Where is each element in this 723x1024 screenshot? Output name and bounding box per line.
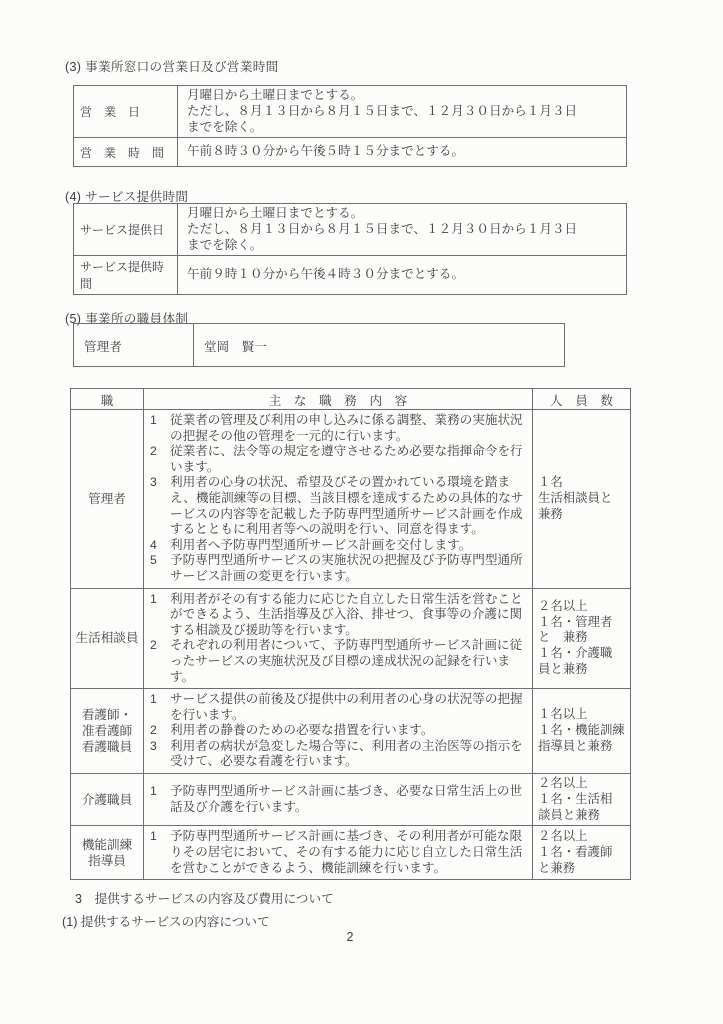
- duty-number: 2: [150, 444, 170, 460]
- staff-position-cell: 管理者: [71, 410, 144, 589]
- duty-text: 予防専門型通所サービス計画に基づき、必要な日常生活上の世話及び介護を行います。: [170, 784, 528, 815]
- staff-duties-table: 職 主 な 職 務 内 容 人 員 数 管理者 1従業者の管理及び利用の申し込み…: [70, 388, 631, 880]
- row-label: 営 業 時 間: [74, 138, 178, 167]
- duty-text: 利用者の静養のための必要な措置を行います。: [170, 723, 528, 739]
- section3-heading: (3) 事業所窓口の営業日及び営業時間: [65, 56, 279, 75]
- staff-duties-cell: 1従業者の管理及び利用の申し込みに係る調整、業務の実施状況の把握その他の管理を一…: [144, 410, 533, 589]
- duty-text: それぞれの利用者について、予防専門型通所サービス計画に従ったサービスの実施状況及…: [170, 638, 528, 685]
- footer-subsection1-title: (1) 提供するサービスの内容について: [62, 911, 270, 930]
- staff-duties-cell: 1予防専門型通所サービス計画に基づき、その利用者が可能な限りその居宅において、そ…: [144, 826, 533, 880]
- duty-item: 1予防専門型通所サービス計画に基づき、必要な日常生活上の世話及び介護を行います。: [150, 784, 528, 815]
- duty-text: サービス提供の前後及び提供中の利用者の心身の状況等の把握を行います。: [170, 692, 528, 723]
- duty-number: 1: [150, 829, 170, 845]
- manager-name: 堂岡 賢一: [194, 324, 565, 367]
- manager-label: 管理者: [74, 324, 194, 367]
- header-position: 職: [71, 389, 144, 410]
- duty-item: 2従業者に、法令等の規定を遵守させるため必要な指揮命令を行います。: [150, 444, 528, 475]
- business-days-row: 営 業 日 月曜日から土曜日までとする。 ただし、８月１３日から８月１５日まで、…: [74, 86, 627, 138]
- duty-text: 利用者の心身の状況、希望及びその置かれている環境を踏まえ、機能訓練等の目標、当該…: [170, 475, 528, 537]
- row-value: 午前８時３０分から午後５時１５分までとする。: [178, 138, 627, 167]
- duty-number: 2: [150, 723, 170, 739]
- staff-position-cell: 介護職員: [71, 774, 144, 826]
- row-value: 月曜日から土曜日までとする。 ただし、８月１３日から８月１５日まで、１２月３０日…: [178, 204, 627, 256]
- staff-row-life-counselor: 生活相談員 1利用者がその有する能力に応じた自立した日常生活を営むことができるよ…: [71, 588, 631, 689]
- duty-item: 1利用者がその有する能力に応じた自立した日常生活を営むことができるよう、生活指導…: [150, 592, 528, 639]
- staff-row-functional-trainer: 機能訓練 指導員 1予防専門型通所サービス計画に基づき、その利用者が可能な限りそ…: [71, 826, 631, 880]
- staff-row-care-worker: 介護職員 1予防専門型通所サービス計画に基づき、必要な日常生活上の世話及び介護を…: [71, 774, 631, 826]
- row-label: サービス提供日: [74, 204, 178, 256]
- service-hours-table: サービス提供日 月曜日から土曜日までとする。 ただし、８月１３日から８月１５日ま…: [73, 203, 627, 295]
- duty-number: 1: [150, 784, 170, 800]
- staff-count-cell: ２名以上 １名・看護師 と兼務: [533, 826, 631, 880]
- staff-position-cell: 看護師・ 准看護師 看護職員: [71, 689, 144, 774]
- staff-position-cell: 生活相談員: [71, 588, 144, 689]
- duty-number: 5: [150, 553, 170, 569]
- duty-item: 2利用者の静養のための必要な措置を行います。: [150, 723, 528, 739]
- staff-row-manager: 管理者 1従業者の管理及び利用の申し込みに係る調整、業務の実施状況の把握その他の…: [71, 410, 631, 589]
- duty-text: 利用者の病状が急変した場合等に、利用者の主治医等の指示を受けて、必要な看護を行い…: [170, 739, 528, 770]
- duty-number: 1: [150, 592, 170, 608]
- service-days-row: サービス提供日 月曜日から土曜日までとする。 ただし、８月１３日から８月１５日ま…: [74, 204, 627, 256]
- duty-item: 4利用者へ予防専門型通所サービス計画を交付します。: [150, 538, 528, 554]
- duty-number: 3: [150, 739, 170, 755]
- duty-item: 1予防専門型通所サービス計画に基づき、その利用者が可能な限りその居宅において、そ…: [150, 829, 528, 876]
- scanned-document-page: (3) 事業所窓口の営業日及び営業時間 営 業 日 月曜日から土曜日までとする。…: [0, 0, 723, 1024]
- duty-number: 3: [150, 475, 170, 491]
- manager-row: 管理者 堂岡 賢一: [74, 324, 565, 367]
- duty-text: 従業者の管理及び利用の申し込みに係る調整、業務の実施状況の把握その他の管理を一元…: [170, 413, 528, 444]
- staff-count-cell: ２名以上 １名・生活相 談員と兼務: [533, 774, 631, 826]
- staff-duties-cell: 1利用者がその有する能力に応じた自立した日常生活を営むことができるよう、生活指導…: [144, 588, 533, 689]
- footer-section3-title: 3 提供するサービスの内容及び費用について: [75, 888, 334, 907]
- row-value: 月曜日から土曜日までとする。 ただし、８月１３日から８月１５日まで、１２月３０日…: [178, 86, 627, 138]
- duty-number: 4: [150, 538, 170, 554]
- staff-count-cell: １名 生活相談員と 兼務: [533, 410, 631, 589]
- duty-number: 1: [150, 692, 170, 708]
- duty-text: 従業者に、法令等の規定を遵守させるため必要な指揮命令を行います。: [170, 444, 528, 475]
- duty-item: 3利用者の心身の状況、希望及びその置かれている環境を踏まえ、機能訓練等の目標、当…: [150, 475, 528, 537]
- service-hours-row: サービス提供時間 午前９時１０分から午後４時３０分までとする。: [74, 256, 627, 295]
- row-label: 営 業 日: [74, 86, 178, 138]
- duty-item: 5予防専門型通所サービスの実施状況の把握及び予防専門型通所サービス計画の変更を行…: [150, 553, 528, 584]
- staff-position-cell: 機能訓練 指導員: [71, 826, 144, 880]
- page-number: 2: [0, 930, 700, 944]
- duty-item: 2それぞれの利用者について、予防専門型通所サービス計画に従ったサービスの実施状況…: [150, 638, 528, 685]
- duty-item: 1サービス提供の前後及び提供中の利用者の心身の状況等の把握を行います。: [150, 692, 528, 723]
- staff-count-cell: ２名以上 １名・管理者 と 兼務 １名・介護職 員と兼務: [533, 588, 631, 689]
- duty-item: 3利用者の病状が急変した場合等に、利用者の主治医等の指示を受けて、必要な看護を行…: [150, 739, 528, 770]
- duty-item: 1従業者の管理及び利用の申し込みに係る調整、業務の実施状況の把握その他の管理を一…: [150, 413, 528, 444]
- header-duties: 主 な 職 務 内 容: [144, 389, 533, 410]
- duty-text: 利用者へ予防専門型通所サービス計画を交付します。: [170, 538, 528, 554]
- manager-table: 管理者 堂岡 賢一: [73, 323, 565, 367]
- duty-text: 利用者がその有する能力に応じた自立した日常生活を営むことができるよう、生活指導及…: [170, 592, 528, 639]
- row-label: サービス提供時間: [74, 256, 178, 295]
- staff-count-cell: １名以上 １名・機能訓練 指導員と兼務: [533, 689, 631, 774]
- business-hours-table: 営 業 日 月曜日から土曜日までとする。 ただし、８月１３日から８月１５日まで、…: [73, 85, 627, 167]
- duty-number: 2: [150, 638, 170, 654]
- staff-duties-cell: 1予防専門型通所サービス計画に基づき、必要な日常生活上の世話及び介護を行います。: [144, 774, 533, 826]
- duty-text: 予防専門型通所サービス計画に基づき、その利用者が可能な限りその居宅において、その…: [170, 829, 528, 876]
- duty-number: 1: [150, 413, 170, 429]
- duty-text: 予防専門型通所サービスの実施状況の把握及び予防専門型通所サービス計画の変更を行い…: [170, 553, 528, 584]
- staff-row-nurse: 看護師・ 准看護師 看護職員 1サービス提供の前後及び提供中の利用者の心身の状況…: [71, 689, 631, 774]
- staff-duties-cell: 1サービス提供の前後及び提供中の利用者の心身の状況等の把握を行います。 2利用者…: [144, 689, 533, 774]
- header-count: 人 員 数: [533, 389, 631, 410]
- staff-table-header-row: 職 主 な 職 務 内 容 人 員 数: [71, 389, 631, 410]
- row-value: 午前９時１０分から午後４時３０分までとする。: [178, 256, 627, 295]
- business-hours-row: 営 業 時 間 午前８時３０分から午後５時１５分までとする。: [74, 138, 627, 167]
